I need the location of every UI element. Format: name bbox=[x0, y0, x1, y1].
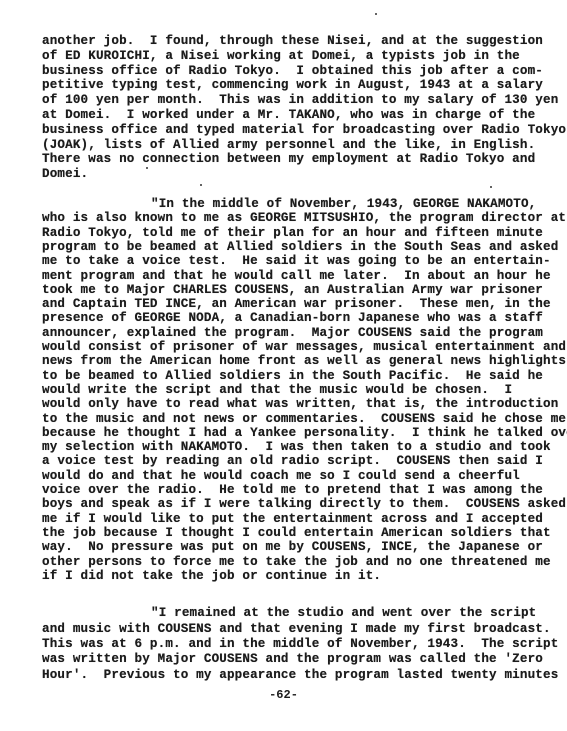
text-line: me to take a voice test. He said it was … bbox=[42, 254, 551, 268]
text-line: "I remained at the studio and went over … bbox=[151, 606, 536, 620]
text-line: boys and speak as if I were talking dire… bbox=[42, 497, 566, 511]
text-line: to be beamed to Allied soldiers in the S… bbox=[42, 369, 543, 383]
text-line: There was no connection between my emplo… bbox=[42, 152, 535, 166]
text-line: ment program and that he would call me l… bbox=[42, 269, 551, 283]
text-line: if I did not take the job or continue in… bbox=[42, 569, 381, 583]
text-line: Hour'. Previous to my appearance the pro… bbox=[42, 668, 558, 682]
text-line: at Domei. I worked under a Mr. TAKANO, w… bbox=[42, 108, 535, 122]
text-line: the job because I thought I could entert… bbox=[42, 526, 551, 540]
text-line: me if I would like to put the entertainm… bbox=[42, 512, 543, 526]
text-line: other persons to force me to take the jo… bbox=[42, 555, 551, 569]
text-line: and music with COUSENS and that evening … bbox=[42, 622, 551, 636]
text-line: my selection with NAKAMOTO. I was then t… bbox=[42, 440, 551, 454]
scan-speck bbox=[375, 13, 377, 15]
text-line: business office of Radio Tokyo. I obtain… bbox=[42, 64, 543, 78]
text-line: another job. I found, through these Nise… bbox=[42, 34, 543, 48]
text-line: business office and typed material for b… bbox=[42, 123, 566, 137]
text-line: "In the middle of November, 1943, GEORGE… bbox=[151, 197, 536, 211]
typewritten-page: another job. I found, through these Nise… bbox=[0, 0, 567, 731]
text-line: Domei. bbox=[42, 167, 88, 181]
text-line: who is also known to me as GEORGE MITSUS… bbox=[42, 211, 566, 225]
scan-speck bbox=[490, 186, 492, 188]
text-line: would write the script and that the musi… bbox=[42, 383, 512, 397]
text-line: was written by Major COUSENS and the pro… bbox=[42, 652, 543, 666]
text-line: news from the American home front as wel… bbox=[42, 354, 566, 368]
text-line: would do and that he would coach me so I… bbox=[42, 469, 520, 483]
text-line: presence of GEORGE NODA, a Canadian-born… bbox=[42, 311, 543, 325]
text-line: This was at 6 p.m. and in the middle of … bbox=[42, 637, 558, 651]
scan-speck bbox=[146, 167, 148, 169]
text-line: and Captain TED INCE, an American war pr… bbox=[42, 297, 551, 311]
text-line: announcer, explained the program. Major … bbox=[42, 326, 543, 340]
text-line: took me to Major CHARLES COUSENS, an Aus… bbox=[42, 283, 543, 297]
text-line: would consist of prisoner of war message… bbox=[42, 340, 566, 354]
text-line: to the music and not news or commentarie… bbox=[42, 412, 566, 426]
text-line: of ED KUROICHI, a Nisei working at Domei… bbox=[42, 49, 520, 63]
scan-speck bbox=[200, 184, 202, 186]
text-line: way. No pressure was put on me by COUSEN… bbox=[42, 540, 543, 554]
text-line: a voice test by reading an old radio scr… bbox=[42, 454, 543, 468]
text-line: because he thought I had a Yankee person… bbox=[42, 426, 567, 440]
page-number: -62- bbox=[0, 688, 567, 702]
text-line: would only have to read what was written… bbox=[42, 397, 558, 411]
text-line: petitive typing test, commencing work in… bbox=[42, 78, 543, 92]
text-line: voice over the radio. He told me to pret… bbox=[42, 483, 543, 497]
text-line: (JOAK), lists of Allied army personnel a… bbox=[42, 138, 535, 152]
text-line: program to be beamed at Allied soldiers … bbox=[42, 240, 558, 254]
text-line: of 100 yen per month. This was in additi… bbox=[42, 93, 558, 107]
text-line: Radio Tokyo, told me of their plan for a… bbox=[42, 226, 543, 240]
